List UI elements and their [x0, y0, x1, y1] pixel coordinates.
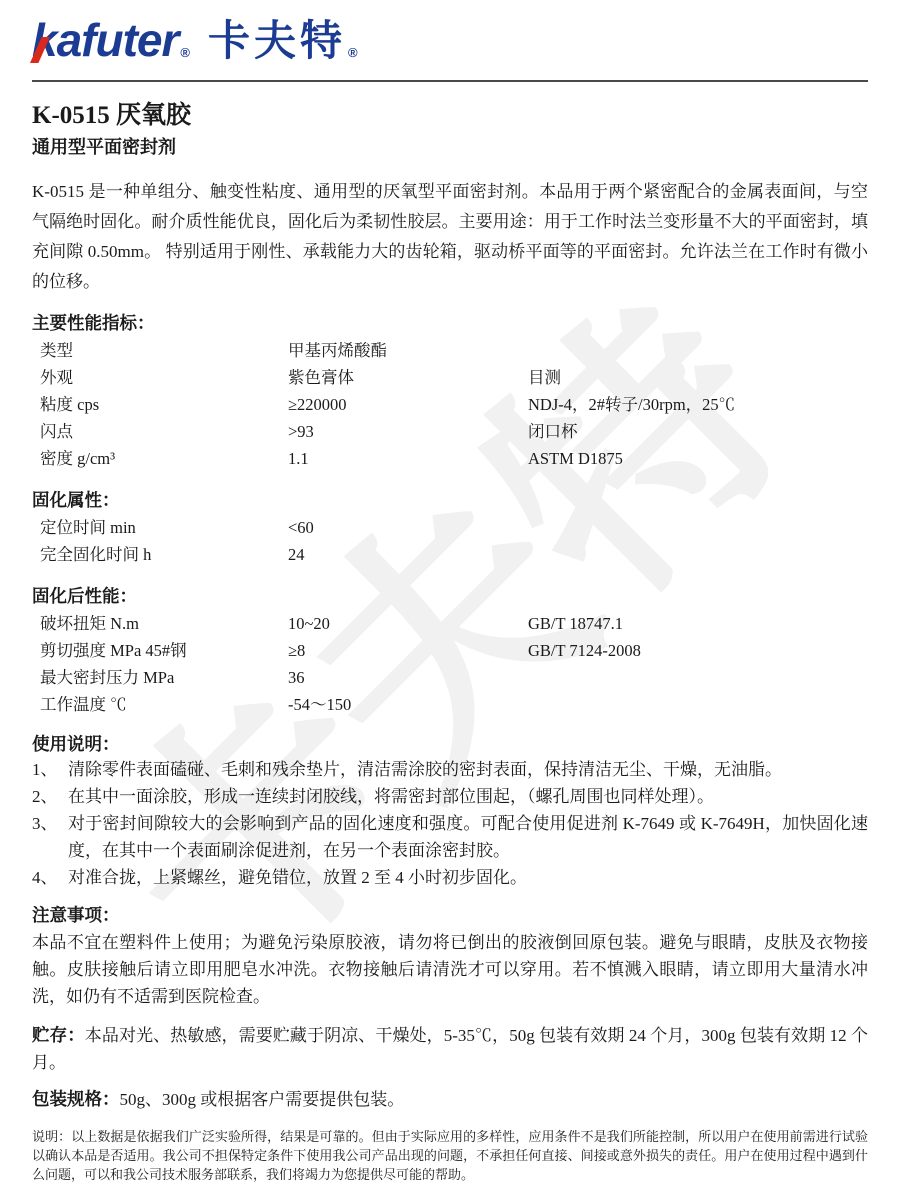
curing-table: 定位时间 min <60 完全固化时间 h 24: [40, 514, 868, 568]
spec-value: 10~20: [288, 610, 528, 637]
usage-item: 4、 对准合拢，上紧螺丝，避免错位，放置 2 至 4 小时初步固化。: [32, 864, 868, 891]
disclaimer-footnote: 说明：以上数据是依据我们广泛实验所得，结果是可靠的。但由于实际应用的多样性，应用…: [32, 1127, 868, 1184]
product-title: K-0515 厌氧胶: [32, 102, 868, 130]
product-subtitle: 通用型平面密封剂: [32, 135, 868, 159]
performance-table: 类型 甲基丙烯酸酯 外观 紫色膏体 目测 粘度 cps ≥220000 NDJ-…: [40, 337, 868, 472]
spec-method: [528, 664, 868, 691]
spec-method: 闭口杯: [528, 418, 868, 445]
usage-list: 1、 清除零件表面磕碰、毛刺和残余垫片，清洁需涂胶的密封表面，保持清洁无尘、干燥…: [0, 756, 900, 891]
spec-label: 最大密封压力 MPa: [40, 664, 288, 691]
spec-label: 外观: [40, 364, 288, 391]
usage-item-number: 3、: [32, 810, 68, 864]
usage-item-number: 4、: [32, 864, 68, 891]
brand-chinese-name: 卡夫特: [208, 18, 346, 64]
spec-label: 密度 g/cm³: [40, 445, 288, 472]
usage-item-number: 1、: [32, 756, 68, 783]
spec-method: GB/T 18747.1: [528, 610, 868, 637]
section-heading-curing: 固化属性：: [32, 488, 868, 512]
spec-method: [528, 337, 868, 364]
storage-text: 本品对光、热敏感，需要贮藏于阴凉、干燥处，5-35℃，50g 包装有效期 24 …: [32, 1026, 868, 1072]
usage-item-number: 2、: [32, 783, 68, 810]
spec-value: -54～150: [288, 691, 528, 718]
spec-value: 1.1: [288, 445, 528, 472]
brand-logo: kafuter ® 卡夫特 ®: [32, 16, 868, 64]
storage-label: 贮存：: [32, 1025, 85, 1045]
spec-method: 目测: [528, 364, 868, 391]
datasheet-page: 卡夫特 kafuter ® 卡夫特 ® K-0515 厌氧胶 通用型平面密封剂 …: [0, 0, 900, 1200]
usage-item: 2、 在其中一面涂胶，形成一连续封闭胶线，将需密封部位围起，（螺孔周围也同样处理…: [32, 783, 868, 810]
spec-label: 类型: [40, 337, 288, 364]
spec-value: 24: [288, 541, 528, 568]
section-heading-notice: 注意事项：: [32, 903, 868, 927]
kafuter-wordmark-text: kafuter: [32, 14, 178, 66]
product-description: K-0515 是一种单组分、触变性粘度、通用型的厌氧型平面密封剂。本品用于两个紧…: [32, 177, 868, 297]
spec-label: 闪点: [40, 418, 288, 445]
section-heading-cured: 固化后性能：: [32, 584, 868, 608]
registered-trademark-icon: ®: [180, 45, 190, 60]
spec-label: 完全固化时间 h: [40, 541, 288, 568]
cured-table: 破坏扭矩 N.m 10~20 GB/T 18747.1 剪切强度 MPa 45#…: [40, 610, 868, 718]
spec-method: [528, 514, 868, 541]
disclaimer-text: 以上数据是依据我们广泛实验所得，结果是可靠的。但由于实际应用的多样性，应用条件不…: [32, 1129, 868, 1182]
usage-item-text: 在其中一面涂胶，形成一连续封闭胶线，将需密封部位围起，（螺孔周围也同样处理）。: [68, 783, 868, 810]
spec-method: NDJ-4，2#转子/30rpm，25℃: [528, 391, 868, 418]
usage-item-text: 对于密封间隙较大的会影响到产品的固化速度和强度。可配合使用促进剂 K-7649 …: [68, 810, 868, 864]
spec-value: >93: [288, 418, 528, 445]
spec-value: ≥220000: [288, 391, 528, 418]
usage-item: 1、 清除零件表面磕碰、毛刺和残余垫片，清洁需涂胶的密封表面，保持清洁无尘、干燥…: [32, 756, 868, 783]
spec-method: ASTM D1875: [528, 445, 868, 472]
spec-label: 剪切强度 MPa 45#钢: [40, 637, 288, 664]
section-heading-usage: 使用说明：: [32, 732, 868, 756]
spec-method: GB/T 7124-2008: [528, 637, 868, 664]
kafuter-wordmark: kafuter: [32, 16, 178, 64]
packaging-paragraph: 包装规格：50g、300g 或根据客户需要提供包装。: [32, 1086, 868, 1113]
spec-label: 破坏扭矩 N.m: [40, 610, 288, 637]
page-header: kafuter ® 卡夫特 ®: [0, 0, 900, 68]
header-divider: [32, 80, 868, 82]
section-heading-performance: 主要性能指标：: [32, 311, 868, 335]
spec-method: [528, 541, 868, 568]
packaging-label: 包装规格：: [32, 1089, 120, 1109]
usage-item-text: 清除零件表面磕碰、毛刺和残余垫片，清洁需涂胶的密封表面，保持清洁无尘、干燥，无油…: [68, 756, 868, 783]
disclaimer-label: 说明：: [32, 1129, 71, 1144]
spec-value: 36: [288, 664, 528, 691]
spec-value: ≥8: [288, 637, 528, 664]
spec-value: 紫色膏体: [288, 364, 528, 391]
spec-value: <60: [288, 514, 528, 541]
usage-item: 3、 对于密封间隙较大的会影响到产品的固化速度和强度。可配合使用促进剂 K-76…: [32, 810, 868, 864]
spec-label: 粘度 cps: [40, 391, 288, 418]
packaging-text: 50g、300g 或根据客户需要提供包装。: [120, 1090, 405, 1109]
usage-item-text: 对准合拢，上紧螺丝，避免错位，放置 2 至 4 小时初步固化。: [68, 864, 868, 891]
spec-method: [528, 691, 868, 718]
notice-text: 本品不宜在塑料件上使用；为避免污染原胶液，请勿将已倒出的胶液倒回原包装。避免与眼…: [32, 929, 868, 1010]
page-content: kafuter ® 卡夫特 ® K-0515 厌氧胶 通用型平面密封剂 K-05…: [0, 0, 900, 1184]
registered-trademark-icon: ®: [348, 45, 358, 60]
spec-value: 甲基丙烯酸酯: [288, 337, 528, 364]
spec-label: 工作温度 ℃: [40, 691, 288, 718]
spec-label: 定位时间 min: [40, 514, 288, 541]
storage-paragraph: 贮存：本品对光、热敏感，需要贮藏于阴凉、干燥处，5-35℃，50g 包装有效期 …: [32, 1022, 868, 1076]
